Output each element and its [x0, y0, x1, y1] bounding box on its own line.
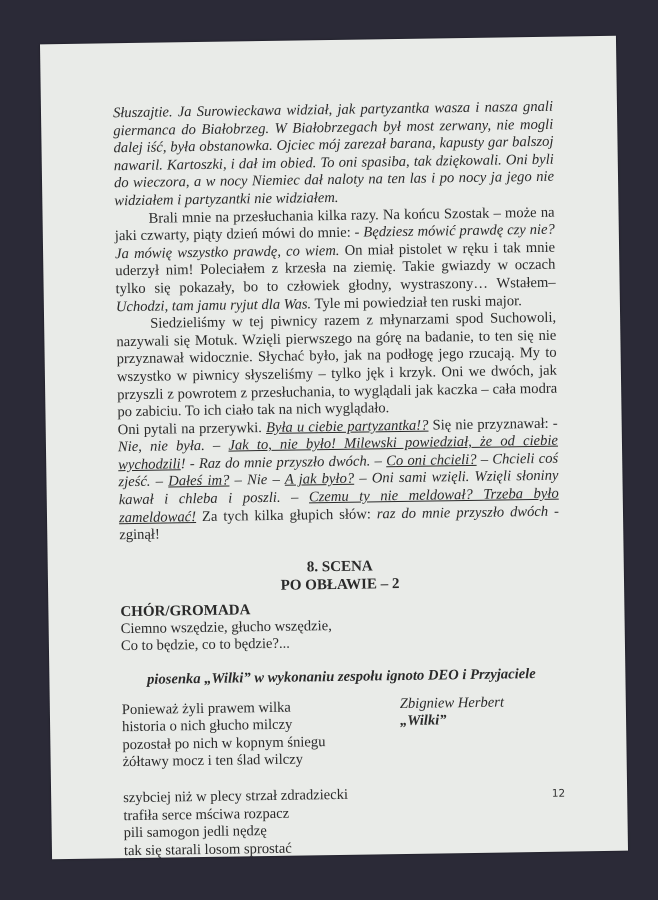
page-number: 12 — [552, 788, 566, 800]
song-note: piosenka „Wilki” w wykonaniu zespołu ign… — [121, 666, 561, 690]
italic-answer: – Nie – — [229, 472, 285, 489]
underlined-question: Była u ciebie partyzantka!? — [266, 417, 429, 435]
russian-dialect-text: Słuszajtie. Ja Surowieckawa widział, jak… — [113, 99, 554, 209]
text-run: Się nie przyznawał: — [428, 415, 553, 433]
underlined-question: Co oni chcieli? — [386, 452, 477, 469]
document-page: Słuszajtie. Ja Surowieckawa widział, jak… — [40, 36, 628, 859]
paragraph-testimony-1: Słuszajtie. Ja Surowieckawa widział, jak… — [113, 99, 555, 211]
poem-stanza: szybciej niż w plecy strzał zdradziecki … — [123, 784, 564, 861]
italic-quote: Uchodzi, tam jamu ryjut dla Was. — [116, 296, 311, 315]
underlined-question: A jak było? — [285, 471, 355, 488]
text-run: Za tych kilka głupich słów: — [196, 506, 377, 525]
poem-attribution: Zbigniew Herbert „Wilki” — [400, 694, 505, 731]
scene-heading: 8. SCENA PO OBŁAWIE – 2 — [120, 555, 560, 598]
chorus-lines: Ciemno wszędzie, głucho wszędzie, Co to … — [121, 615, 561, 657]
text-run: Tyle mi powiedział ten ruski major. — [311, 293, 522, 312]
page-content: Słuszajtie. Ja Surowieckawa widział, jak… — [113, 99, 564, 879]
poem-section: Ponieważ żyli prawem wilka historia o ni… — [122, 695, 564, 860]
underlined-question: Dałeś im? — [168, 473, 229, 490]
poem-title: „Wilki” — [400, 712, 504, 731]
poem-author: Zbigniew Herbert — [400, 694, 504, 713]
paragraph-interrogation: Brali mnie na przesłuchania kilka razy. … — [114, 204, 556, 316]
paragraph-cellar: Siedzieliśmy w tej piwnicy razem z młyna… — [116, 310, 558, 422]
italic-answer: raz do mnie przyszło dwóch — [377, 503, 549, 522]
paragraph-dialogue: Oni pytali na przerywki. Była u ciebie p… — [118, 415, 560, 545]
text-run: Oni pytali na przerywki. — [118, 420, 267, 438]
italic-answer: ! - Raz do mnie przyszło dwóch. – — [181, 453, 387, 472]
